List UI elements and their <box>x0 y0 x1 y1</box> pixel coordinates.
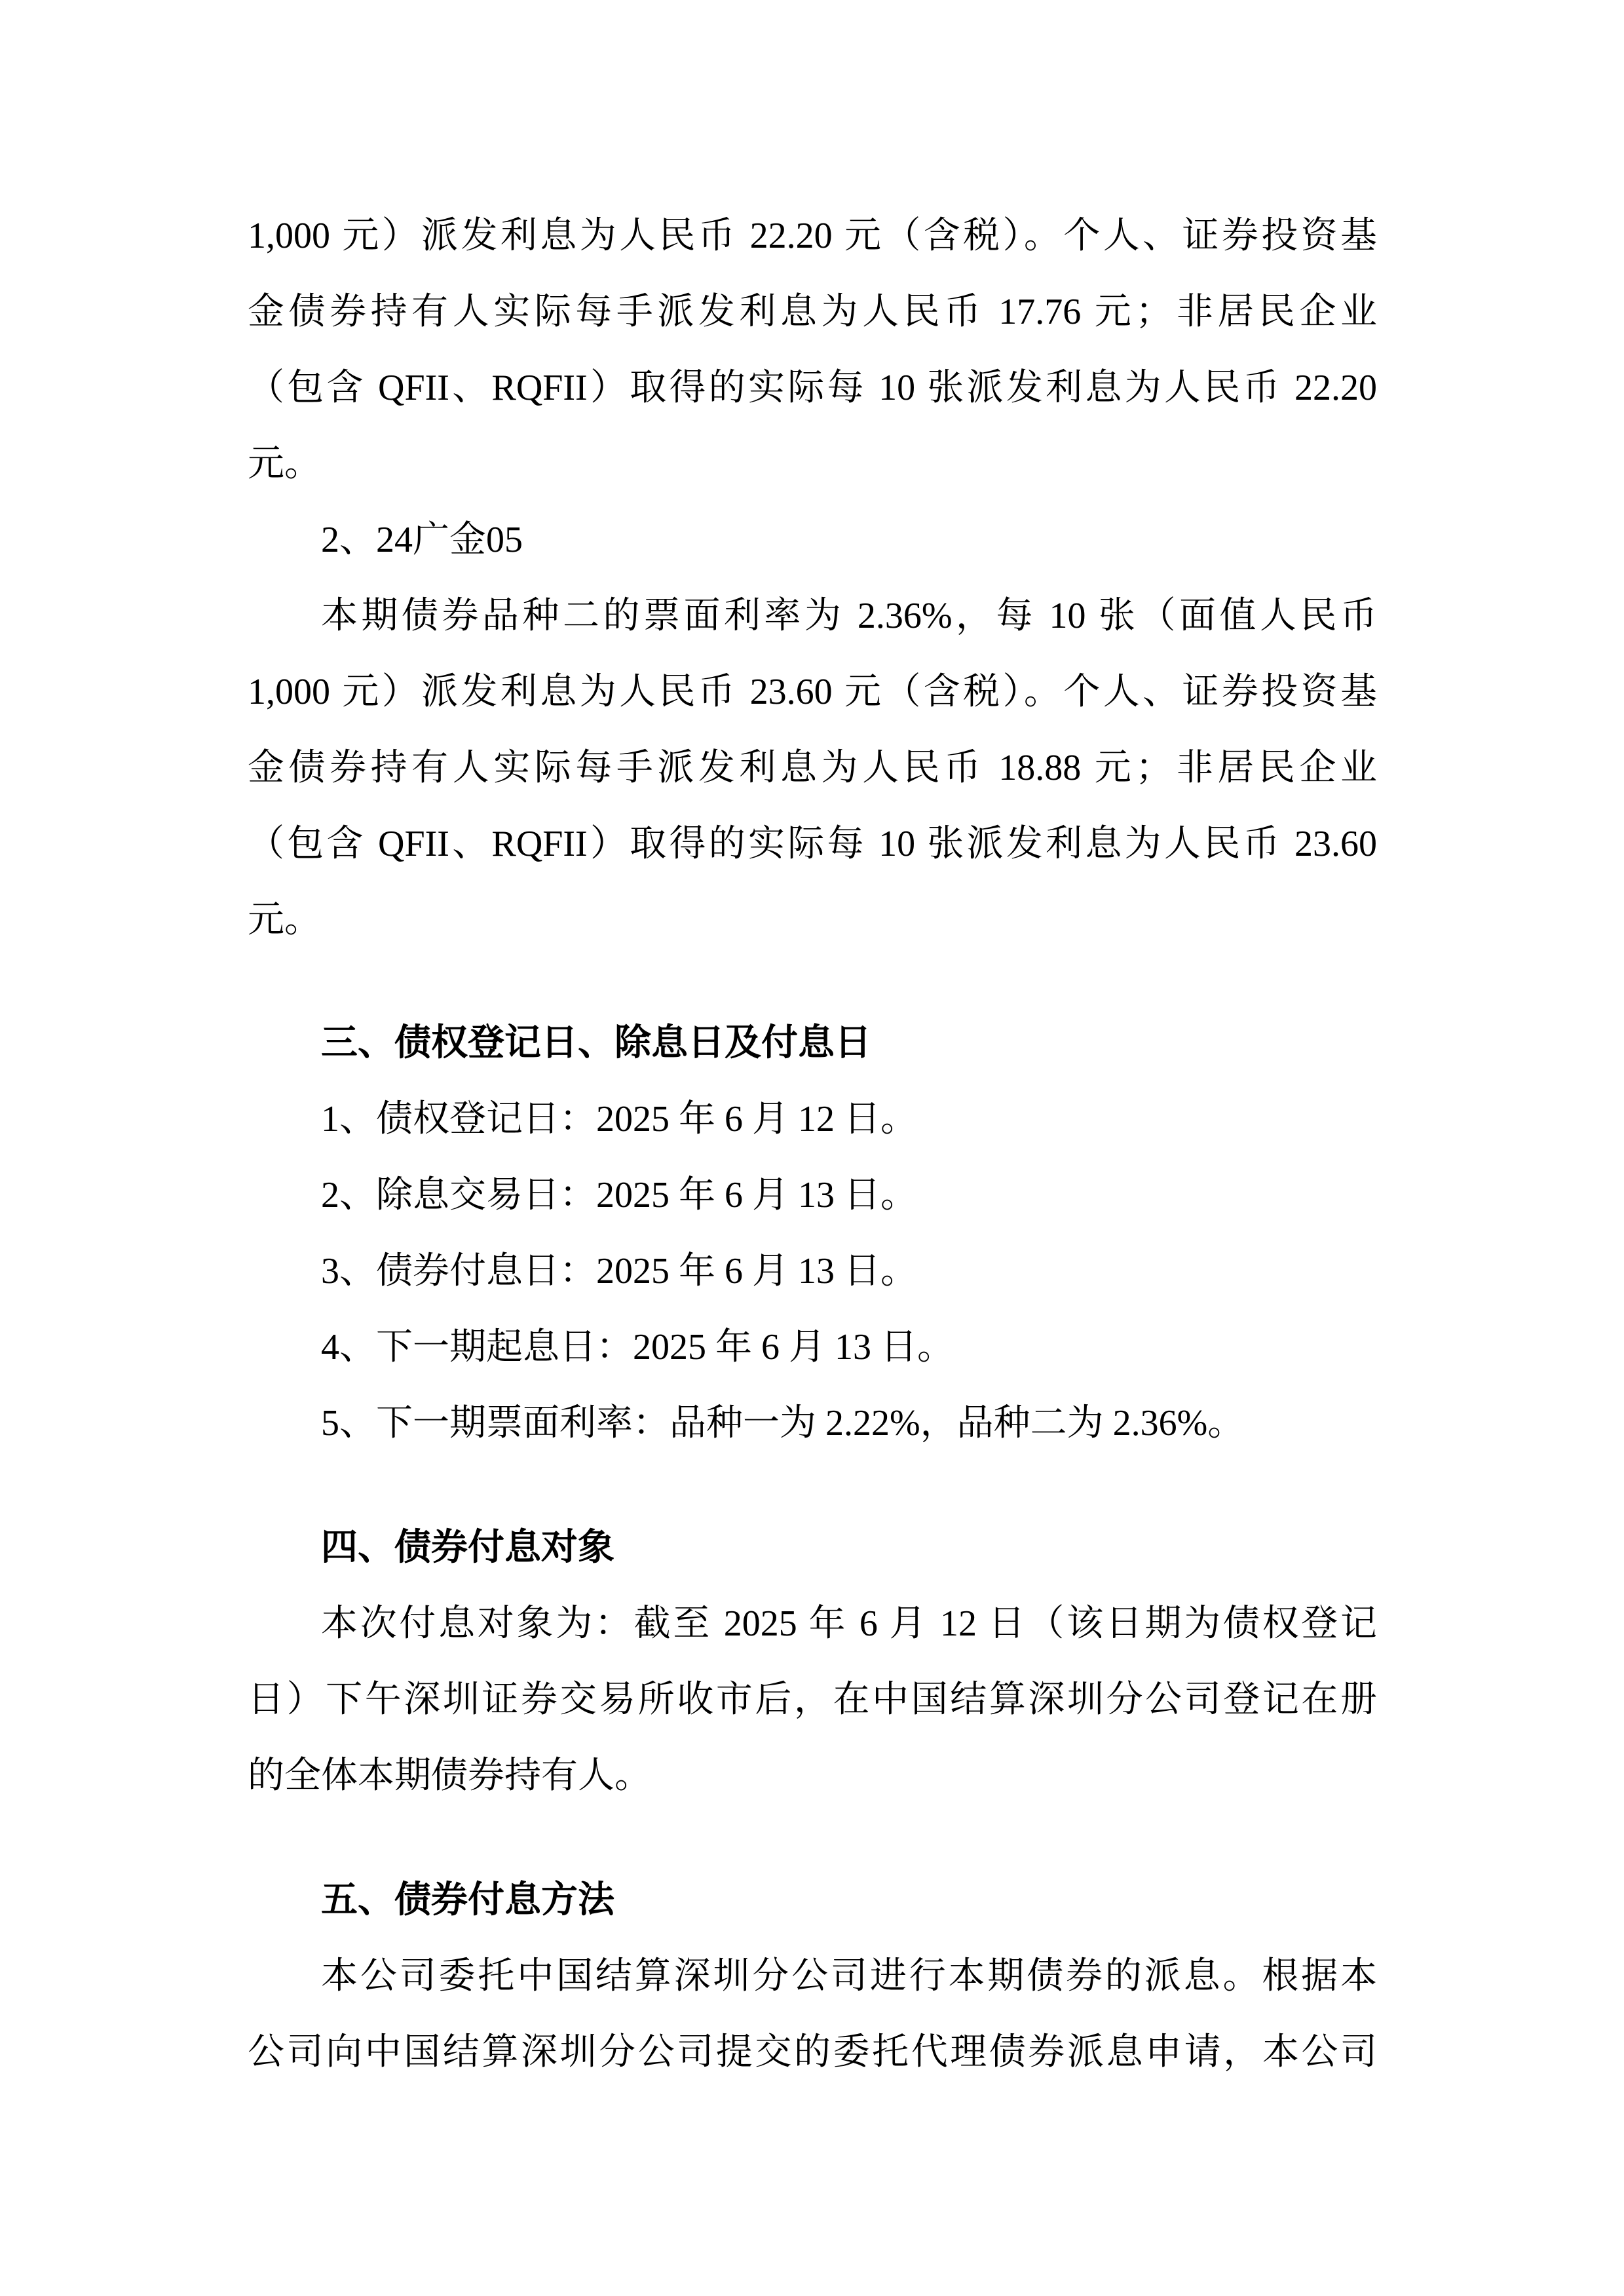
document-page: 1,000 元）派发利息为人民币 22.20 元（含税）。个人、证券投资基 金债… <box>0 0 1624 2296</box>
paragraph-line: 金债券持有人实际每手派发利息为人民币 17.76 元；非居民企业 <box>248 274 1377 350</box>
paragraph-line: （包含 QFII、RQFII）取得的实际每 10 张派发利息为人民币 22.20 <box>248 350 1377 426</box>
paragraph-line: 金债券持有人实际每手派发利息为人民币 18.88 元；非居民企业 <box>248 730 1377 806</box>
paragraph-line: 本公司委托中国结算深圳分公司进行本期债券的派息。根据本 <box>321 1938 1377 2014</box>
list-item: 2、除息交易日：2025 年 6 月 13 日。 <box>321 1157 1377 1233</box>
paragraph-line: （包含 QFII、RQFII）取得的实际每 10 张派发利息为人民币 23.60 <box>248 806 1377 882</box>
paragraph-line: 本次付息对象为：截至 2025 年 6 月 12 日（该日期为债权登记 <box>321 1586 1377 1662</box>
paragraph-line: 本期债券品种二的票面利率为 2.36%，每 10 张（面值人民币 <box>321 578 1377 654</box>
bond-subtitle: 2、24广金05 <box>321 502 1377 578</box>
list-item: 1、债权登记日：2025 年 6 月 12 日。 <box>321 1081 1377 1157</box>
list-item: 5、下一期票面利率：品种一为 2.22%，品种二为 2.36%。 <box>321 1385 1377 1461</box>
section-heading: 五、债券付息方法 <box>321 1862 1377 1938</box>
list-item: 4、下一期起息日：2025 年 6 月 13 日。 <box>321 1309 1377 1385</box>
paragraph-line: 1,000 元）派发利息为人民币 22.20 元（含税）。个人、证券投资基 <box>248 198 1377 274</box>
paragraph-line: 公司向中国结算深圳分公司提交的委托代理债券派息申请，本公司 <box>248 2014 1377 2090</box>
paragraph-line: 日）下午深圳证券交易所收市后，在中国结算深圳分公司登记在册 <box>248 1662 1377 1738</box>
paragraph-line: 元。 <box>248 426 1377 502</box>
list-item: 3、债券付息日：2025 年 6 月 13 日。 <box>321 1233 1377 1309</box>
paragraph-line: 1,000 元）派发利息为人民币 23.60 元（含税）。个人、证券投资基 <box>248 654 1377 730</box>
paragraph-line: 元。 <box>248 882 1377 958</box>
section-heading: 四、债券付息对象 <box>321 1510 1377 1586</box>
section-heading: 三、债权登记日、除息日及付息日 <box>321 1005 1377 1081</box>
paragraph-line: 的全体本期债券持有人。 <box>248 1738 1377 1814</box>
